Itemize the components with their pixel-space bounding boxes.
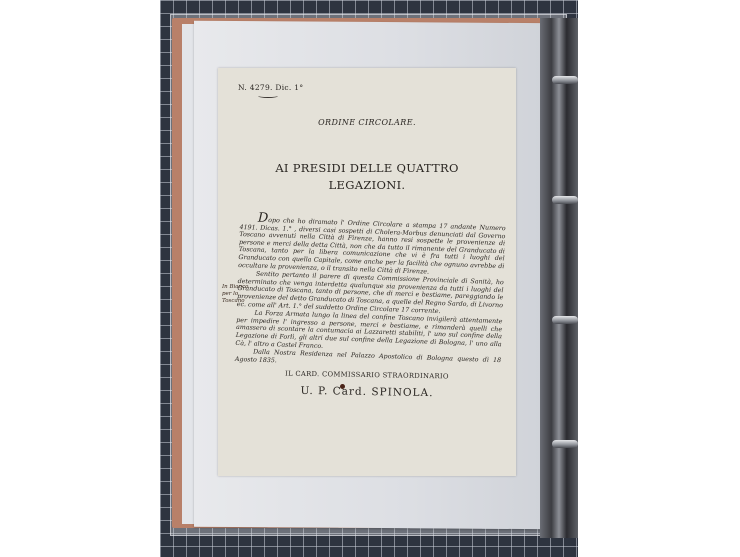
document-body: Dopo che ho diramato l' Ordine Circolare…: [235, 214, 506, 373]
document-title-line: LEGAZIONI.: [218, 177, 516, 194]
flourish-icon: [258, 94, 278, 98]
binder-ring-icon: [552, 440, 578, 448]
handwritten-margin-note: In Bianco per lo Toscano: [222, 284, 258, 305]
paragraph-text: opo che ho diramato l' Ordine Circolare …: [238, 217, 506, 275]
paragraph: Dopo che ho diramato l' Ordine Circolare…: [238, 214, 506, 278]
document-title-line: AI PRESIDI DELLE QUATTRO: [218, 160, 516, 177]
binder-ring-icon: [552, 316, 578, 324]
circular-order-document: N. 4279. Dic. 1° ORDINE CIRCOLARE. AI PR…: [218, 68, 516, 476]
binder-spine: [540, 18, 578, 538]
paragraph-text: Sentito pertanto il parere di questa Com…: [237, 271, 504, 315]
document-title: AI PRESIDI DELLE QUATTRO LEGAZIONI.: [218, 160, 516, 194]
binder-ring-icon: [552, 76, 578, 84]
document-reference: N. 4279. Dic. 1°: [238, 83, 303, 92]
document-heading: ORDINE CIRCOLARE.: [218, 118, 516, 127]
signatory-name: U. P. Card. SPINOLA.: [218, 383, 516, 400]
archival-photo: N. 4279. Dic. 1° ORDINE CIRCOLARE. AI PR…: [160, 0, 578, 557]
binder-ring-icon: [552, 196, 578, 204]
